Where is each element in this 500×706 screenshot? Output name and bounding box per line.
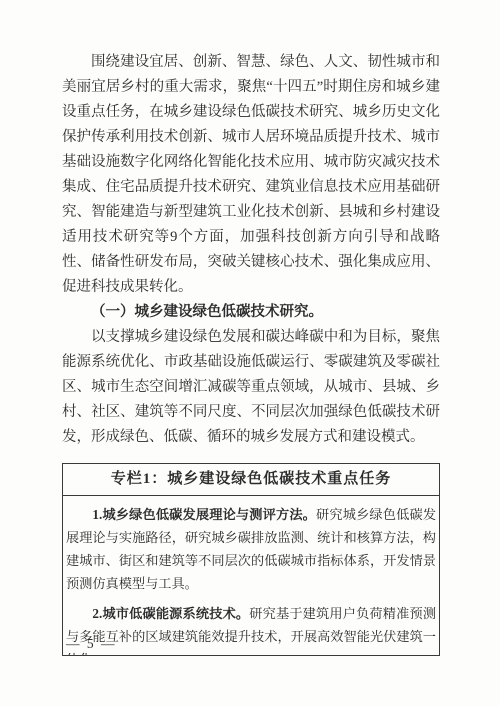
section-heading-1: （一）城乡建设绿色低碳技术研究。 bbox=[62, 300, 440, 325]
box-item-1: 1.城乡绿色低碳发展理论与测评方法。研究城乡绿色低碳发展理论与实施路径，研究城乡… bbox=[66, 503, 436, 595]
box-item-1-lead: 1.城乡绿色低碳发展理论与测评方法。 bbox=[92, 507, 316, 522]
box-body: 1.城乡绿色低碳发展理论与测评方法。研究城乡绿色低碳发展理论与实施路径，研究城乡… bbox=[63, 496, 439, 656]
page-content: 围绕建设宜居、创新、智慧、绿色、人文、韧性城市和美丽宜居乡村的重大需求，聚焦“十… bbox=[62, 50, 440, 656]
box-item-2: 2.城市低碳能源系统技术。研究基于建筑用户负荷精准预测与多能互补的区域建筑能效提… bbox=[66, 602, 436, 656]
box-title: 专栏1：城乡建设绿色低碳技术重点任务 bbox=[63, 464, 439, 496]
document-page: 围绕建设宜居、创新、智慧、绿色、人文、韧性城市和美丽宜居乡村的重大需求，聚焦“十… bbox=[0, 0, 500, 706]
paragraph-goal: 以支撑城乡建设绿色发展和碳达峰碳中和为目标，聚焦能源系统优化、市政基础设施低碳运… bbox=[62, 325, 440, 450]
box-item-2-lead: 2.城市低碳能源系统技术。 bbox=[92, 606, 249, 621]
paragraph-intro: 围绕建设宜居、创新、智慧、绿色、人文、韧性城市和美丽宜居乡村的重大需求，聚焦“十… bbox=[62, 50, 440, 300]
column-box-1: 专栏1：城乡建设绿色低碳技术重点任务 1.城乡绿色低碳发展理论与测评方法。研究城… bbox=[62, 463, 440, 656]
page-number: — 5 — bbox=[66, 636, 117, 652]
